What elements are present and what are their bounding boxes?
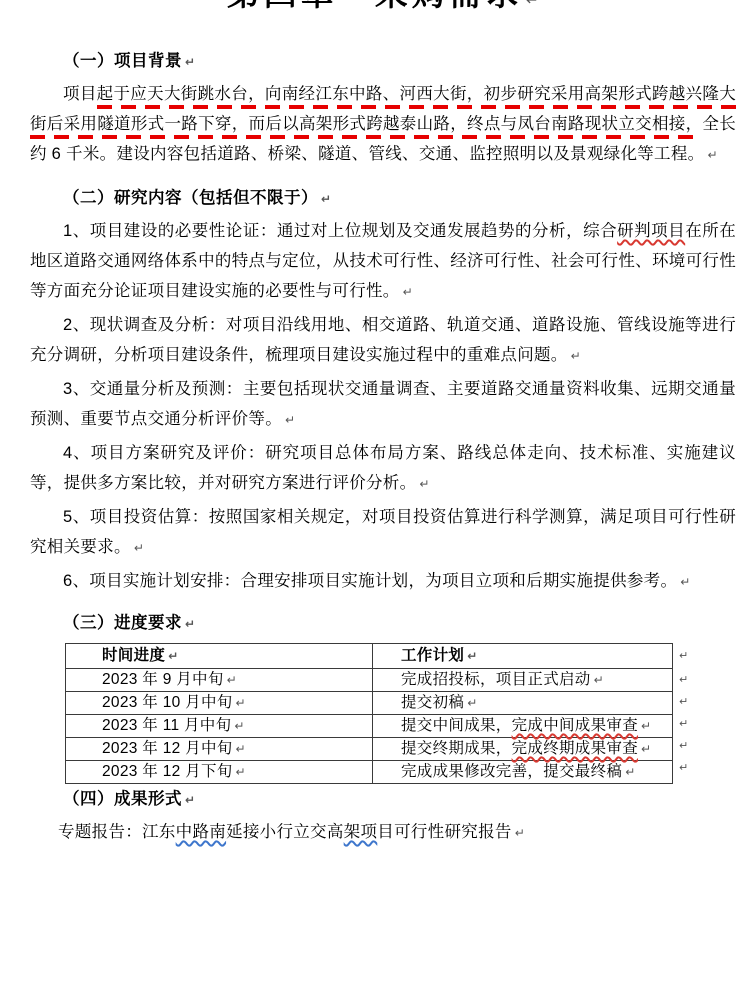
row-end-mark: ↵ bbox=[679, 757, 688, 779]
text-segment-plain: 目可行性研究报告 bbox=[377, 823, 511, 841]
document-page: 第四章 采购需求↵ （一）项目背景↵ 项目起于应天大街跳水台，向南经江东中路、河… bbox=[0, 0, 740, 848]
research-item-1: 1、项目建设的必要性论证：通过对上位规划及交通发展趋势的分析，综合研判项目在所在… bbox=[30, 216, 736, 307]
heading-text: （一）项目背景 bbox=[63, 52, 182, 70]
text-segment-plain: 2023 年 9 月中旬 bbox=[102, 671, 224, 688]
schedule-time-cell: 2023 年 10 月中旬↵ bbox=[66, 692, 373, 715]
paragraph-mark: ↵ bbox=[227, 673, 237, 687]
text-segment-red-squiggle: 研判项目 bbox=[617, 222, 685, 240]
schedule-time-cell: 2023 年 12 月中旬↵ bbox=[66, 738, 373, 761]
heading-text: （三）进度要求 bbox=[63, 614, 182, 632]
text-segment-plain: 1、项目建设的必要性论证：通过对上位规划及交通发展趋势的分析，综合 bbox=[63, 222, 617, 240]
text-segment-plain: 延接小行立交高 bbox=[226, 823, 344, 841]
schedule-time-cell: 2023 年 12 月下旬↵ bbox=[66, 761, 373, 784]
schedule-row: 2023 年 10 月中旬↵提交初稿↵ bbox=[66, 692, 673, 715]
text-segment-plain: 2023 年 12 月中旬 bbox=[102, 740, 233, 757]
text-segment-red-squiggle: 完成终期成果审查 bbox=[512, 740, 638, 757]
text-segment-red-squiggle: 完成中间成果审查 bbox=[512, 717, 638, 734]
paragraph-mark: ↵ bbox=[641, 742, 651, 756]
heading-text: （二）研究内容（包括但不限于） bbox=[63, 189, 318, 207]
research-item-4: 4、项目方案研究及评价：研究项目总体布局方案、路线总体走向、技术标准、实施建议等… bbox=[30, 438, 736, 499]
text-segment-plain: 3、交通量分析及预测：主要包括现状交通量调查、主要道路交通量资料收集、远期交通量… bbox=[30, 380, 736, 428]
schedule-header-plan: 工作计划↵ bbox=[373, 644, 673, 669]
schedule-header-time: 时间进度↵ bbox=[66, 644, 373, 669]
schedule-plan-cell: 提交中间成果，完成中间成果审查↵ bbox=[373, 715, 673, 738]
paragraph-mark: ↵ bbox=[594, 673, 604, 687]
heading-result-format: （四）成果形式↵ bbox=[30, 785, 736, 809]
heading-research-content: （二）研究内容（包括但不限于）↵ bbox=[30, 184, 736, 208]
row-end-mark: ↵ bbox=[679, 643, 688, 669]
heading-project-background: （一）项目背景↵ bbox=[30, 47, 736, 71]
column-header-text: 时间进度 bbox=[102, 647, 165, 664]
chapter-title: 第四章 采购需求↵ bbox=[30, 0, 736, 21]
schedule-plan-cell: 完成成果修改完善，提交最终稿↵ bbox=[373, 761, 673, 784]
paragraph-mark: ↵ bbox=[515, 826, 525, 840]
text-segment-red-dash: 起于应天大街跳水台，向南经江东中路、河西大街，初步研究采用高架形式跨越兴隆大街后… bbox=[30, 85, 736, 139]
paragraph-mark: ↵ bbox=[467, 696, 477, 710]
schedule-row: 2023 年 12 月中旬↵提交终期成果，完成终期成果审查↵ bbox=[66, 738, 673, 761]
schedule-plan-cell: 提交终期成果，完成终期成果审查↵ bbox=[373, 738, 673, 761]
text-segment-plain: 提交中间成果， bbox=[401, 717, 512, 734]
schedule-table-wrap: 时间进度↵ 工作计划↵ 2023 年 9 月中旬↵完成招投标，项目正式启动↵20… bbox=[65, 643, 736, 784]
text-segment-blue-squiggle: 中路南 bbox=[176, 823, 226, 841]
paragraph-mark: ↵ bbox=[419, 477, 429, 491]
paragraph-mark: ↵ bbox=[236, 696, 246, 710]
research-item-6: 6、项目实施计划安排：合理安排项目实施计划，为项目立项和后期实施提供参考。↵ bbox=[30, 566, 736, 597]
heading-schedule-requirements: （三）进度要求↵ bbox=[30, 609, 736, 633]
paragraph-mark: ↵ bbox=[185, 617, 195, 631]
text-segment-plain: 项目 bbox=[63, 85, 97, 103]
paragraph-mark: ↵ bbox=[236, 742, 246, 756]
paragraph-mark: ↵ bbox=[707, 148, 717, 162]
row-end-mark: ↵ bbox=[679, 735, 688, 757]
schedule-time-cell: 2023 年 9 月中旬↵ bbox=[66, 669, 373, 692]
text-segment-plain: 完成成果修改完善，提交最终稿 bbox=[401, 763, 622, 780]
row-end-mark: ↵ bbox=[679, 713, 688, 735]
research-item-3: 3、交通量分析及预测：主要包括现状交通量调查、主要道路交通量资料收集、远期交通量… bbox=[30, 374, 736, 435]
schedule-header-row: 时间进度↵ 工作计划↵ bbox=[66, 644, 673, 669]
paragraph-mark: ↵ bbox=[285, 413, 295, 427]
row-end-mark: ↵ bbox=[679, 669, 688, 691]
result-format-paragraph: 专题报告：江东中路南延接小行立交高架项目可行性研究报告↵ bbox=[30, 817, 736, 848]
paragraph-mark: ↵ bbox=[571, 349, 581, 363]
text-segment-plain: 提交初稿 bbox=[401, 694, 464, 711]
research-item-2: 2、现状调查及分析：对项目沿线用地、相交道路、轨道交通、道路设施、管线设施等进行… bbox=[30, 310, 736, 371]
paragraph-mark: ↵ bbox=[168, 649, 178, 663]
text-segment-plain: 2023 年 10 月中旬 bbox=[102, 694, 233, 711]
row-end-mark: ↵ bbox=[679, 691, 688, 713]
schedule-plan-cell: 提交初稿↵ bbox=[373, 692, 673, 715]
text-segment-plain: 完成招投标，项目正式启动 bbox=[401, 671, 591, 688]
text-segment-plain: 4、项目方案研究及评价：研究项目总体布局方案、路线总体走向、技术标准、实施建议等… bbox=[30, 444, 736, 492]
schedule-plan-cell: 完成招投标，项目正式启动↵ bbox=[373, 669, 673, 692]
schedule-table: 时间进度↵ 工作计划↵ 2023 年 9 月中旬↵完成招投标，项目正式启动↵20… bbox=[65, 643, 673, 784]
schedule-time-cell: 2023 年 11 月中旬↵ bbox=[66, 715, 373, 738]
research-item-5: 5、项目投资估算：按照国家相关规定，对项目投资估算进行科学测算，满足项目可行性研… bbox=[30, 502, 736, 563]
heading-text: （四）成果形式 bbox=[63, 790, 182, 808]
column-header-text: 工作计划 bbox=[401, 647, 464, 664]
paragraph-mark: ↵ bbox=[185, 55, 195, 69]
text-segment-plain: 专题报告：江东 bbox=[58, 823, 176, 841]
paragraph-mark: ↵ bbox=[641, 719, 651, 733]
text-segment-blue-squiggle: 架项 bbox=[344, 823, 378, 841]
text-segment-plain: 2、现状调查及分析：对项目沿线用地、相交道路、轨道交通、道路设施、管线设施等进行… bbox=[30, 316, 736, 364]
paragraph-mark: ↵ bbox=[403, 285, 413, 299]
chapter-title-text: 第四章 采购需求 bbox=[227, 0, 523, 13]
paragraph-mark: ↵ bbox=[321, 192, 331, 206]
text-segment-plain: 提交终期成果， bbox=[401, 740, 512, 757]
text-segment-plain: 2023 年 12 月下旬 bbox=[102, 763, 233, 780]
paragraph-mark: ↵ bbox=[236, 765, 246, 779]
schedule-row: 2023 年 9 月中旬↵完成招投标，项目正式启动↵ bbox=[66, 669, 673, 692]
table-row-end-marks: ↵↵↵↵↵↵ bbox=[679, 643, 688, 779]
schedule-row: 2023 年 12 月下旬↵完成成果修改完善，提交最终稿↵ bbox=[66, 761, 673, 784]
schedule-row: 2023 年 11 月中旬↵提交中间成果，完成中间成果审查↵ bbox=[66, 715, 673, 738]
paragraph-mark: ↵ bbox=[467, 649, 477, 663]
paragraph-mark: ↵ bbox=[680, 575, 690, 589]
paragraph-mark: ↵ bbox=[185, 793, 195, 807]
paragraph-mark: ↵ bbox=[526, 0, 539, 9]
paragraph-mark: ↵ bbox=[234, 719, 244, 733]
schedule-table-body: 2023 年 9 月中旬↵完成招投标，项目正式启动↵2023 年 10 月中旬↵… bbox=[66, 669, 673, 784]
text-segment-plain: 2023 年 11 月中旬 bbox=[102, 717, 231, 734]
project-background-paragraph: 项目起于应天大街跳水台，向南经江东中路、河西大街，初步研究采用高架形式跨越兴隆大… bbox=[30, 79, 736, 170]
text-segment-plain: 6、项目实施计划安排：合理安排项目实施计划，为项目立项和后期实施提供参考。 bbox=[63, 572, 677, 590]
paragraph-mark: ↵ bbox=[625, 765, 635, 779]
paragraph-mark: ↵ bbox=[134, 541, 144, 555]
